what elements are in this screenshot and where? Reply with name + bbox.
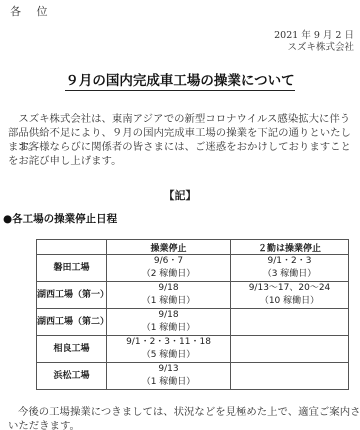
stop-dates: 9/6・7 — [107, 255, 230, 268]
stop-cell: 9/13（1 稼働日） — [107, 363, 231, 390]
shift2-days: （3 稼働日） — [231, 268, 348, 281]
stop-days: （5 稼働日） — [107, 349, 230, 362]
table-row: 相良工場 9/1・2・3・11・18（5 稼働日） — [37, 336, 349, 363]
section-heading: ●各工場の操業停止日程 — [3, 211, 117, 226]
shift2-cell: 9/1・2・3（3 稼働日） — [231, 255, 349, 282]
shutdown-schedule-table: 操業停止 ２勤は操業停止 磐田工場 9/6・7（2 稼働日） 9/1・2・3（3… — [36, 239, 349, 390]
shift2-days: （10 稼働日） — [231, 295, 348, 308]
stop-dates: 9/13 — [107, 363, 230, 376]
shift2-dates: 9/13〜17、20〜24 — [231, 282, 348, 295]
header-plant — [37, 240, 107, 255]
plant-name: 浜松工場 — [37, 363, 107, 390]
plant-name: 湖西工場（第一） — [37, 282, 107, 309]
shift2-cell — [231, 309, 349, 336]
closing-line-2: いただきます。 — [8, 419, 80, 430]
stop-days: （2 稼働日） — [107, 268, 230, 281]
company-name: スズキ株式会社 — [287, 39, 354, 53]
shift2-cell — [231, 363, 349, 390]
document-title-text: ９月の国内完成車工場の操業について — [65, 73, 294, 91]
addressee: 各 位 — [10, 3, 54, 19]
stop-cell: 9/6・7（2 稼働日） — [107, 255, 231, 282]
stop-days: （1 稼働日） — [107, 295, 230, 308]
plant-name: 磐田工場 — [37, 255, 107, 282]
stop-dates: 9/18 — [107, 282, 230, 295]
plant-name: 相良工場 — [37, 336, 107, 363]
stop-dates: 9/1・2・3・11・18 — [107, 336, 230, 349]
shift2-dates: 9/1・2・3 — [231, 255, 348, 268]
table-row: 磐田工場 9/6・7（2 稼働日） 9/1・2・3（3 稼働日） — [37, 255, 349, 282]
header-stop: 操業停止 — [107, 240, 231, 255]
document-title: ９月の国内完成車工場の操業について — [0, 69, 360, 89]
stop-cell: 9/1・2・3・11・18（5 稼働日） — [107, 336, 231, 363]
plant-name: 湖西工場（第二） — [37, 309, 107, 336]
closing-line-1: 今後の工場操業につきましては、状況などを見極めた上で、適宜ご案内させて — [18, 405, 360, 419]
stop-cell: 9/18（1 稼働日） — [107, 309, 231, 336]
stop-dates: 9/18 — [107, 309, 230, 322]
intro-paragraph-2: お客様ならびに関係者の皆さまには、ご迷惑をおかけしておりますことをお詫び申し上げ… — [8, 140, 358, 168]
ki-heading: 【記】 — [0, 187, 360, 203]
stop-cell: 9/18（1 稼働日） — [107, 282, 231, 309]
stop-days: （1 稼働日） — [107, 322, 230, 335]
table-row: 湖西工場（第一） 9/18（1 稼働日） 9/13〜17、20〜24（10 稼働… — [37, 282, 349, 309]
table-header-row: 操業停止 ２勤は操業停止 — [37, 240, 349, 255]
header-shift2-stop: ２勤は操業停止 — [231, 240, 349, 255]
table-row: 浜松工場 9/13（1 稼働日） — [37, 363, 349, 390]
stop-days: （1 稼働日） — [107, 376, 230, 389]
shift2-cell: 9/13〜17、20〜24（10 稼働日） — [231, 282, 349, 309]
table-row: 湖西工場（第二） 9/18（1 稼働日） — [37, 309, 349, 336]
shift2-cell — [231, 336, 349, 363]
